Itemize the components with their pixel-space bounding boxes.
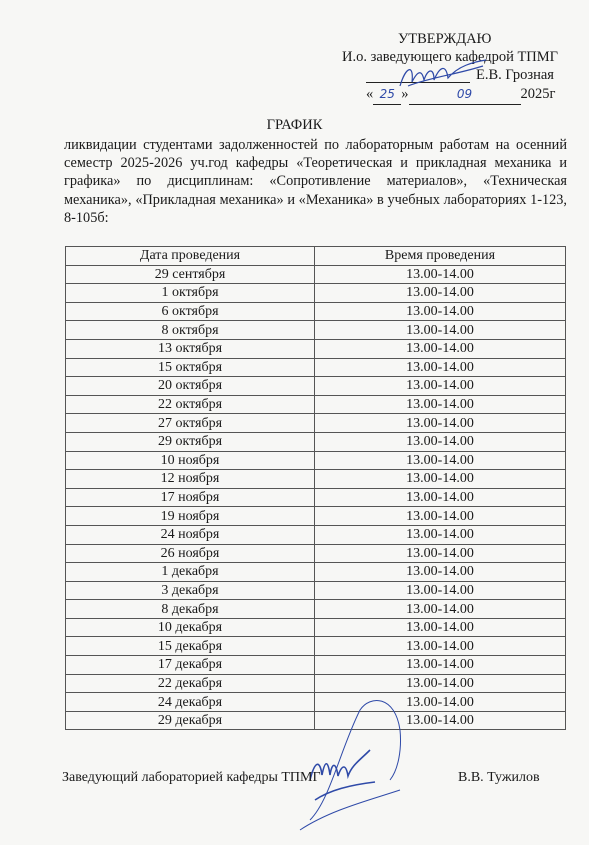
quote-open: «: [366, 85, 373, 104]
time-cell: 13.00-14.00: [315, 395, 566, 414]
table-row: 29 сентября13.00-14.00: [66, 265, 566, 284]
time-cell: 13.00-14.00: [315, 451, 566, 470]
time-cell: 13.00-14.00: [315, 525, 566, 544]
date-cell: 17 ноября: [66, 488, 315, 507]
table-row: 19 ноября13.00-14.00: [66, 507, 566, 526]
date-cell: 15 декабря: [66, 637, 315, 656]
date-cell: 19 ноября: [66, 507, 315, 526]
date-cell: 12 ноября: [66, 470, 315, 489]
time-cell: 13.00-14.00: [315, 637, 566, 656]
table-row: 13 октября13.00-14.00: [66, 339, 566, 358]
date-cell: 20 октября: [66, 377, 315, 396]
time-cell: 13.00-14.00: [315, 470, 566, 489]
table-row: 22 октября13.00-14.00: [66, 395, 566, 414]
time-cell: 13.00-14.00: [315, 358, 566, 377]
date-cell: 27 октября: [66, 414, 315, 433]
table-row: 17 ноября13.00-14.00: [66, 488, 566, 507]
date-cell: 22 октября: [66, 395, 315, 414]
schedule-table: Дата проведения Время проведения 29 сент…: [65, 246, 566, 730]
date-cell: 1 октября: [66, 284, 315, 303]
time-cell: 13.00-14.00: [315, 432, 566, 451]
date-cell: 13 октября: [66, 339, 315, 358]
table-row: 24 ноября13.00-14.00: [66, 525, 566, 544]
table-row: 3 декабря13.00-14.00: [66, 581, 566, 600]
table-row: 15 декабря13.00-14.00: [66, 637, 566, 656]
time-cell: 13.00-14.00: [315, 656, 566, 675]
table-row: 10 ноября13.00-14.00: [66, 451, 566, 470]
approval-title: УТВЕРЖДАЮ: [398, 30, 491, 49]
date-cell: 8 декабря: [66, 600, 315, 619]
table-row: 6 октября13.00-14.00: [66, 302, 566, 321]
approval-year: 2025г: [521, 86, 556, 102]
time-cell: 13.00-14.00: [315, 321, 566, 340]
date-cell: 8 октября: [66, 321, 315, 340]
header-time: Время проведения: [315, 247, 566, 266]
approver-signature-icon: [388, 56, 488, 96]
time-cell: 13.00-14.00: [315, 600, 566, 619]
intro-text: ликвидации студентами задолженностей по …: [64, 136, 567, 227]
table-row: 20 октября13.00-14.00: [66, 377, 566, 396]
document-title: ГРАФИК: [0, 117, 589, 134]
time-cell: 13.00-14.00: [315, 618, 566, 637]
table-row: 17 декабря13.00-14.00: [66, 656, 566, 675]
table-header-row: Дата проведения Время проведения: [66, 247, 566, 266]
date-cell: 15 октября: [66, 358, 315, 377]
date-cell: 3 декабря: [66, 581, 315, 600]
lab-head-name: В.В. Тужилов: [458, 770, 540, 786]
date-cell: 24 ноября: [66, 525, 315, 544]
table-row: 1 декабря13.00-14.00: [66, 563, 566, 582]
time-cell: 13.00-14.00: [315, 581, 566, 600]
document-intro: ликвидации студентами задолженностей по …: [64, 136, 567, 227]
time-cell: 13.00-14.00: [315, 488, 566, 507]
date-cell: 29 октября: [66, 432, 315, 451]
time-cell: 13.00-14.00: [315, 377, 566, 396]
header-date: Дата проведения: [66, 247, 315, 266]
table-row: 10 декабря13.00-14.00: [66, 618, 566, 637]
date-cell: 10 декабря: [66, 618, 315, 637]
table-row: 12 ноября13.00-14.00: [66, 470, 566, 489]
table-row: 26 ноября13.00-14.00: [66, 544, 566, 563]
time-cell: 13.00-14.00: [315, 339, 566, 358]
table-row: 29 октября13.00-14.00: [66, 432, 566, 451]
date-cell: 26 ноября: [66, 544, 315, 563]
table-row: 8 декабря13.00-14.00: [66, 600, 566, 619]
table-row: 8 октября13.00-14.00: [66, 321, 566, 340]
time-cell: 13.00-14.00: [315, 414, 566, 433]
time-cell: 13.00-14.00: [315, 544, 566, 563]
table-row: 15 октября13.00-14.00: [66, 358, 566, 377]
time-cell: 13.00-14.00: [315, 507, 566, 526]
time-cell: 13.00-14.00: [315, 284, 566, 303]
table-row: 1 октября13.00-14.00: [66, 284, 566, 303]
date-cell: 1 декабря: [66, 563, 315, 582]
time-cell: 13.00-14.00: [315, 563, 566, 582]
date-cell: 6 октября: [66, 302, 315, 321]
time-cell: 13.00-14.00: [315, 265, 566, 284]
date-cell: 17 декабря: [66, 656, 315, 675]
date-cell: 10 ноября: [66, 451, 315, 470]
date-cell: 29 сентября: [66, 265, 315, 284]
time-cell: 13.00-14.00: [315, 302, 566, 321]
lab-head-signature-icon: [270, 690, 430, 840]
table-row: 27 октября13.00-14.00: [66, 414, 566, 433]
lab-head-position: Заведующий лабораторией кафедры ТПМГ: [62, 770, 321, 786]
